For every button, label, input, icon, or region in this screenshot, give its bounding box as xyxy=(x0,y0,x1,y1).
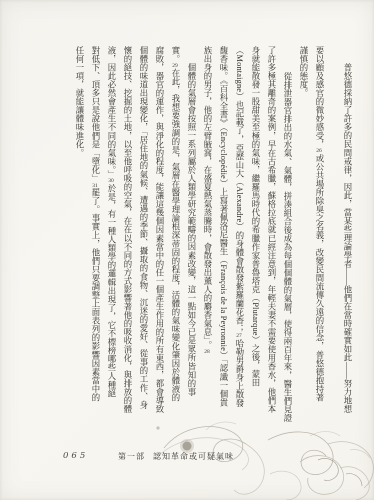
footnote-marker: 28 xyxy=(204,349,210,355)
text-column: 懷的絕技、挖掘的土地，以至他呼吸的空氣，在在以不同的方式影響著他的吸收消化，與排… xyxy=(123,46,132,414)
text-column: 腐敗，器官的運作，與淨化的程度，能讓這幾個因素當中的任一個產生作用的所有東西，都… xyxy=(155,46,164,414)
text-column: 普悠德採納了許多的民間戒律，因此，當某些理論學者——他們在當時確實如此——努力地… xyxy=(343,46,352,431)
column-text: 懷的絕技、挖掘的土地，以至他呼吸的空氣，在在以不同的方式影響著他的吸收消化，與排… xyxy=(123,46,132,413)
text-column: （Montaigne）也記載了，亞歷山大（Alexandre）的身體會散發紫羅蘭… xyxy=(235,46,244,414)
column-text: 液，因此必然會產生不同的氣味。」 xyxy=(107,46,116,178)
column-text: 實。 xyxy=(171,46,180,63)
text-column: 謹慎的態度。 xyxy=(299,46,308,414)
text-column: 身就能散發一股甜美至極的氣味，繼羅馬時代的希臘作家普魯塔克（Plutarque）… xyxy=(251,46,260,414)
column-text: 馥香味。《百科全書》（Encyclopédie）上寫著佩洛尼醫生（Françoi… xyxy=(219,46,228,407)
column-text: 對低下、頂多只是說他們是「墮化」 xyxy=(91,46,100,183)
part-label: 第一部 xyxy=(118,451,145,462)
column-text: 腐敗，器官的運作，與淨化的程度，能讓這幾個因素當中的任一個產生作用的所有東西，都… xyxy=(155,46,164,413)
text-column: 了許多極其離奇的案例，早在古希臘，蘇格拉底就已經注意到，年輕夫妻不需要使用香水，… xyxy=(267,46,276,414)
book-page: 普悠德採納了許多的民間戒律，因此，當某些理論學者——他們在當時確實如此——努力地… xyxy=(0,0,374,500)
column-text: 在此，我想要強調的是，氣層在醫學理論根深蒂固的程度，活體的氣味變化肇因於體液的 xyxy=(171,69,180,402)
column-text: 了許多極其離奇的案例，早在古希臘，蘇格拉底就已經注意到，年輕夫妻不需要使用香水，… xyxy=(267,46,276,413)
column-text: 於是，有一種人類學的邏輯出現了，它不標榜哪些人種絕 xyxy=(107,184,116,398)
text-column: 族出身的男子，他的左臂腋窩，在盛夏熱氣蒸騰時，會散發出薰人的麝香氣息」。28 xyxy=(203,46,212,414)
column-text: （Montaigne）也記載了，亞歷山大（Alexandre）的身體會散發紫羅蘭… xyxy=(235,46,244,333)
text-column: 個體的氣層會按照一系列屬於人類學研究範疇的因素改變，這一點如今已是眾所皆知的事 xyxy=(187,46,196,431)
text-block: 普悠德採納了許多的民間戒律，因此，當某些理論學者——他們在當時確實如此——努力地… xyxy=(68,46,352,414)
column-text: 身就能散發一股甜美至極的氣味，繼羅馬時代的希臘作家普魯塔克（Plutarque）… xyxy=(251,46,260,387)
column-text: 要以顧及感官的微妙感受， xyxy=(315,46,324,148)
running-title: 第一部 認知革命或可疑氣味 xyxy=(118,451,234,462)
text-column: 液，因此必然會產生不同的氣味。」30於是，有一種人類學的邏輯出現了，它不標榜哪些… xyxy=(107,46,116,414)
text-column: 從排泄器官排出的水氣、氣體，拼湊組合後成為每個個體的氣層，使得兩百年來，醫生們見… xyxy=(283,46,292,440)
text-column: 個體的味道出現變化，「居住地的氣候、遭遇的季節、攝取的食物、沉迷的愛好、從事的工… xyxy=(139,46,148,414)
column-text: 個體的氣層會按照一系列屬於人類學研究範疇的因素改變，這一點如今已是眾所皆知的事 xyxy=(187,63,196,396)
page-footer: 065 第一部 認知革命或可疑氣味 xyxy=(0,448,374,464)
text-column: 任何一項，就能讓體味進化。 xyxy=(75,46,84,414)
column-text: 謹慎的態度。 xyxy=(299,46,308,97)
text-column: 馥香味。《百科全書》（Encyclopédie）上寫著佩洛尼醫生（Françoi… xyxy=(219,46,228,414)
page-number: 065 xyxy=(63,451,88,461)
text-column: 對低下、頂多只是說他們是「墮化」31罷了。事實上，他們只要調整上面表列的影響因素… xyxy=(91,46,100,414)
column-text: 族出身的男子，他的左臂腋窩，在盛夏熱氣蒸騰時，會散發出薰人的麝香氣息」。 xyxy=(203,46,212,349)
column-text: 或公共場所除臭之名義，改變民間流傳久遠的信念，普悠德抱持著 xyxy=(315,154,324,402)
column-text: 任何一項，就能讓體味進化。 xyxy=(75,46,84,157)
column-text: 哈勒男爵身上散發 xyxy=(235,339,244,407)
text-column: 要以顧及感官的微妙感受，26或公共場所除臭之名義，改變民間流傳久遠的信念，普悠德… xyxy=(315,46,324,414)
column-text: 個體的味道出現變化，「居住地的氣候、遭遇的季節、攝取的食物、沉迷的愛好、從事的工… xyxy=(139,46,148,409)
chapter-title: 認知革命或可疑氣味 xyxy=(153,451,234,462)
column-text: 普悠德採納了許多的民間戒律，因此，當某些理論學者——他們在當時確實如此——努力地… xyxy=(343,63,352,413)
column-text: 從排泄器官排出的水氣、氣體，拼湊組合後成為每個個體的氣層，使得兩百年來，醫生們見… xyxy=(283,72,292,422)
column-text: 罷了。事實上，他們只要調整上面表列的影響因素當中的 xyxy=(91,188,100,402)
text-column: 實。29在此，我想要強調的是，氣層在醫學理論根深蒂固的程度，活體的氣味變化肇因於… xyxy=(171,46,180,414)
